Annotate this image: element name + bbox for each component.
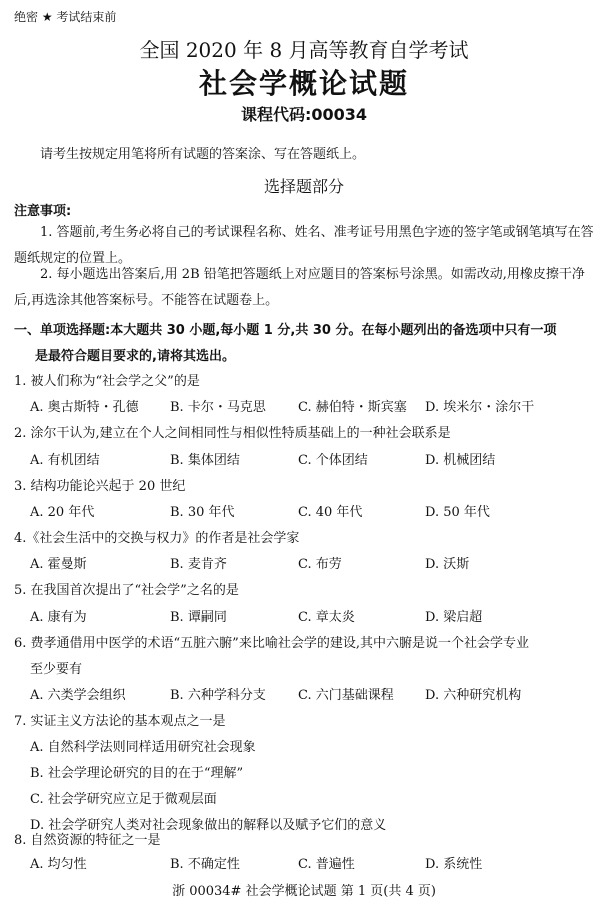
- course-code: 课程代码:00034: [0, 102, 608, 125]
- question-2-option-b: B. 集体团结: [170, 449, 240, 468]
- question-8-option-d: D. 系统性: [425, 853, 482, 872]
- section-title: 选择题部分: [0, 174, 608, 197]
- question-6-option-c: C. 六门基础课程: [298, 684, 394, 703]
- question-8-stem: 8. 自然资源的特征之一是: [14, 829, 161, 848]
- question-8-option-a: A. 均匀性: [30, 853, 87, 872]
- notes-title: 注意事项:: [14, 200, 71, 219]
- question-4-option-a: A. 霍曼斯: [30, 553, 87, 572]
- question-2-option-a: A. 有机团结: [30, 449, 100, 468]
- page-footer: 浙 00034# 社会学概论试题 第 1 页(共 4 页): [0, 880, 608, 899]
- question-8-option-b: B. 不确定性: [170, 853, 240, 872]
- question-7-option-b: B. 社会学理论研究的目的在于“理解”: [30, 762, 243, 781]
- note-item-2: 2. 每小题选出答案后,用 2B 铅笔把答题纸上对应题目的答案标号涂黑。如需改动…: [14, 262, 596, 314]
- question-1-stem: 1. 被人们称为“社会学之父”的是: [14, 370, 200, 389]
- question-8-option-c: C. 普遍性: [298, 853, 355, 872]
- question-5-option-c: C. 章太炎: [298, 606, 355, 625]
- part-one-heading-line1: 一、单项选择题:本大题共 30 小题,每小题 1 分,共 30 分。在每小题列出…: [14, 323, 556, 338]
- question-6-option-b: B. 六种学科分支: [170, 684, 266, 703]
- question-7-option-c: C. 社会学研究应立足于微观层面: [30, 788, 217, 807]
- exam-title: 全国 2020 年 8 月高等教育自学考试: [0, 34, 608, 63]
- subject-title: 社会学概论试题: [0, 62, 608, 102]
- question-6-stem-continued: 至少要有: [30, 658, 82, 677]
- question-3-option-c: C. 40 年代: [298, 501, 362, 520]
- question-5-option-d: D. 梁启超: [425, 606, 482, 625]
- question-4-option-d: D. 沃斯: [425, 553, 469, 572]
- question-4-option-b: B. 麦肯齐: [170, 553, 227, 572]
- question-1-option-b: B. 卡尔・马克思: [170, 396, 266, 415]
- question-6-option-a: A. 六类学会组织: [30, 684, 126, 703]
- question-5-option-b: B. 谭嗣同: [170, 606, 227, 625]
- part-one-heading-line2: 是最符合题目要求的,请将其选出。: [14, 344, 600, 370]
- question-5-stem: 5. 在我国首次提出了“社会学”之名的是: [14, 579, 239, 598]
- question-6-stem: 6. 费孝通借用中医学的术语“五脏六腑”来比喻社会学的建设,其中六腑是说一个社会…: [14, 632, 529, 651]
- question-3-option-b: B. 30 年代: [170, 501, 235, 520]
- question-3-stem: 3. 结构功能论兴起于 20 世纪: [14, 475, 185, 494]
- question-4-option-c: C. 布劳: [298, 553, 342, 572]
- question-3-option-d: D. 50 年代: [425, 501, 490, 520]
- question-2-option-d: D. 机械团结: [425, 449, 495, 468]
- question-2-option-c: C. 个体团结: [298, 449, 368, 468]
- question-4-stem: 4.《社会生活中的交换与权力》的作者是社会学家: [14, 527, 299, 546]
- answer-instruction: 请考生按规定用笔将所有试题的答案涂、写在答题纸上。: [40, 143, 365, 162]
- question-1-option-d: D. 埃米尔・涂尔干: [425, 396, 534, 415]
- question-2-stem: 2. 涂尔干认为,建立在个人之间相同性与相似性特质基础上的一种社会联系是: [14, 422, 451, 441]
- question-1-option-a: A. 奥古斯特・孔德: [30, 396, 139, 415]
- question-5-option-a: A. 康有为: [30, 606, 87, 625]
- question-1-option-c: C. 赫伯特・斯宾塞: [298, 396, 407, 415]
- question-6-option-d: D. 六种研究机构: [425, 684, 521, 703]
- confidential-label: 绝密 ★ 考试结束前: [14, 8, 116, 25]
- question-7-stem: 7. 实证主义方法论的基本观点之一是: [14, 710, 226, 729]
- question-3-option-a: A. 20 年代: [30, 501, 94, 520]
- part-one-heading: 一、单项选择题:本大题共 30 小题,每小题 1 分,共 30 分。在每小题列出…: [14, 318, 600, 370]
- question-7-option-a: A. 自然科学法则同样适用研究社会现象: [30, 736, 256, 755]
